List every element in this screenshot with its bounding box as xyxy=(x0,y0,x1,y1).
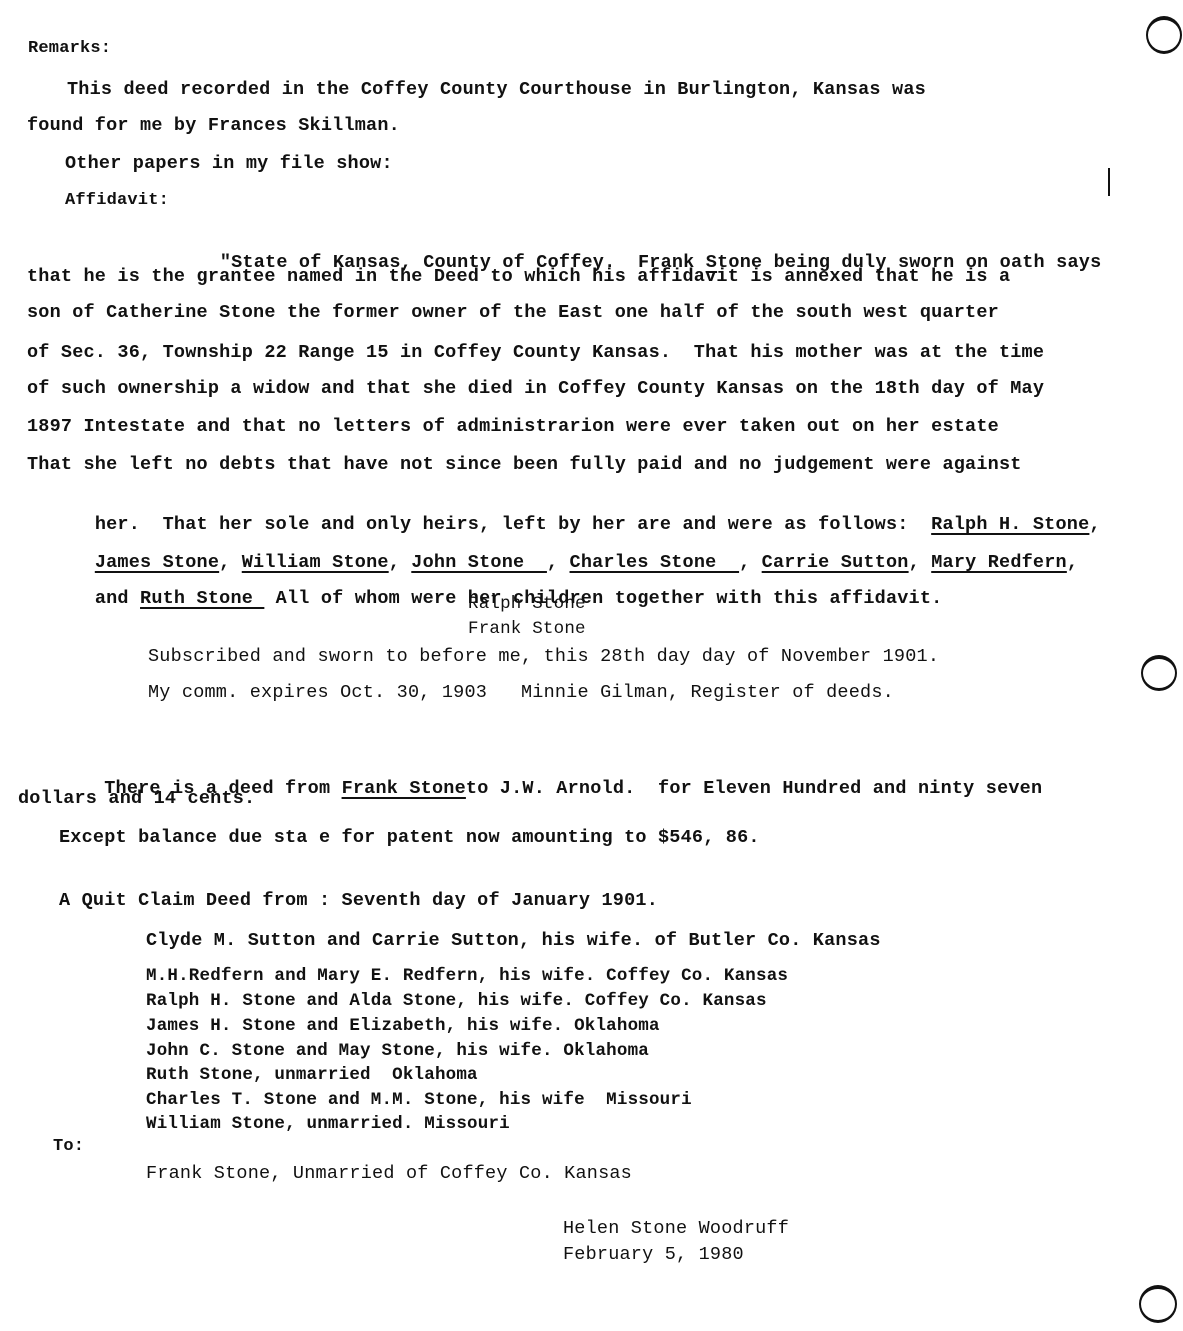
other-papers-line: Other papers in my file show: xyxy=(65,153,393,175)
affidavit-line-5: of such ownership a widow and that she d… xyxy=(27,378,1044,400)
affidavit-heading: Affidavit: xyxy=(65,190,169,212)
comma: , xyxy=(1089,514,1100,535)
punch-hole-middle xyxy=(1141,655,1177,691)
grantor-line: M.H.Redfern and Mary E. Redfern, his wif… xyxy=(146,966,788,986)
heir-name: Mary Redfern xyxy=(931,552,1067,573)
grantor-line: Clyde M. Sutton and Carrie Sutton, his w… xyxy=(146,930,881,952)
grantee-line: Frank Stone, Unmarried of Coffey Co. Kan… xyxy=(146,1163,632,1185)
punch-hole-top xyxy=(1146,16,1182,54)
signer-1: Ralph Stone xyxy=(468,593,586,615)
grantor-line: James H. Stone and Elizabeth, his wife. … xyxy=(146,1016,660,1036)
punch-hole-bottom xyxy=(1139,1285,1177,1323)
affidavit-text: All of whom were her children together w… xyxy=(264,588,942,609)
affidavit-text: and xyxy=(95,588,140,609)
to-label: To: xyxy=(53,1136,84,1158)
grantor-name: Frank Stone xyxy=(342,778,466,799)
separator: , xyxy=(1067,552,1078,573)
intro-line-2: found for me by Frances Skillman. xyxy=(27,115,400,137)
affidavit-line-6: 1897 Intestate and that no letters of ad… xyxy=(27,416,999,438)
grantor-line: Ruth Stone, unmarried Oklahoma xyxy=(146,1065,478,1085)
intro-line-1: This deed recorded in the Coffey County … xyxy=(67,79,926,101)
signature-name: Helen Stone Woodruff xyxy=(563,1218,789,1240)
signature-date: February 5, 1980 xyxy=(563,1244,744,1266)
signer-2: Frank Stone xyxy=(468,618,586,640)
quit-claim-heading: A Quit Claim Deed from : Seventh day of … xyxy=(59,890,658,912)
except-line: Except balance due sta e for patent now … xyxy=(59,827,760,849)
grantor-line: Ralph H. Stone and Alda Stone, his wife.… xyxy=(146,991,767,1011)
deed-note-line-2: dollars and 14 cents. xyxy=(18,788,255,810)
grantor-line: Charles T. Stone and M.M. Stone, his wif… xyxy=(146,1090,692,1110)
affidavit-line-2: that he is the grantee named in the Deed… xyxy=(27,266,1010,288)
commission-line: My comm. expires Oct. 30, 1903 Minnie Gi… xyxy=(148,682,894,704)
deed-text: to J.W. Arnold. for Eleven Hundred and n… xyxy=(466,778,1042,799)
heir-name: Ruth Stone xyxy=(140,588,264,609)
remarks-heading: Remarks: xyxy=(28,38,111,60)
grantor-line: William Stone, unmarried. Missouri xyxy=(146,1114,510,1134)
affidavit-line-4: of Sec. 36, Township 22 Range 15 in Coff… xyxy=(27,342,1044,364)
affidavit-line-7: That she left no debts that have not sin… xyxy=(27,454,1022,476)
subscribed-line: Subscribed and sworn to before me, this … xyxy=(148,646,939,668)
grantor-line: John C. Stone and May Stone, his wife. O… xyxy=(146,1041,649,1061)
margin-mark xyxy=(1108,168,1110,196)
affidavit-line-3: son of Catherine Stone the former owner … xyxy=(27,302,999,324)
